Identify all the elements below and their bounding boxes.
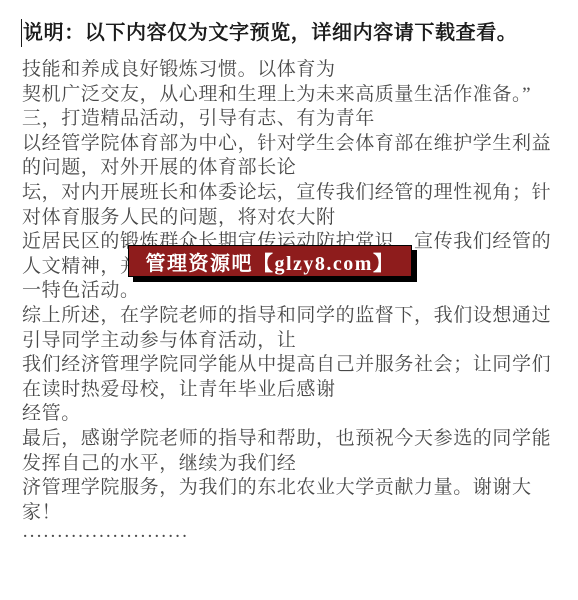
text-line: 的问题，对外开展的体育部长论 bbox=[22, 156, 567, 181]
text-line: 对体育服务人民的问题，将对农大附 bbox=[22, 206, 567, 231]
document-body: 技能和养成良好锻炼习惯。以体育为 契机广泛交友，从心理和生理上为未来高质量生活作… bbox=[22, 58, 567, 550]
text-line: 我们经济管理学院同学能从中提高自己并服务社会；让同学们 bbox=[22, 353, 567, 378]
text-caret bbox=[21, 19, 22, 47]
text-line: 引导同学主动参与体育活动，让 bbox=[22, 329, 567, 354]
text-line: 坛，对内开展班长和体委论坛，宣传我们经管的理性视角；针 bbox=[22, 181, 567, 206]
text-line: ························ bbox=[22, 525, 567, 550]
text-line: 三，打造精品活动，引导有志、有为青年 bbox=[22, 107, 567, 132]
text-line: 最后，感谢学院老师的指导和帮助，也预祝今天参选的同学能 bbox=[22, 427, 567, 452]
preview-notice: 说明：以下内容仅为文字预览，详细内容请下载查看。 bbox=[23, 16, 517, 45]
text-line: 家！ bbox=[22, 501, 567, 526]
watermark-badge: 管理资源吧【glzy8.com】 bbox=[128, 245, 412, 277]
text-line: 契机广泛交友，从心理和生理上为未来高质量生活作准备。” bbox=[22, 83, 567, 108]
watermark-text: 管理资源吧【glzy8.com】 bbox=[146, 247, 395, 276]
text-line: 技能和养成良好锻炼习惯。以体育为 bbox=[22, 58, 567, 83]
document-preview-page: 说明：以下内容仅为文字预览，详细内容请下载查看。 技能和养成良好锻炼习惯。以体育… bbox=[0, 0, 578, 600]
text-line: 济管理学院服务，为我们的东北农业大学贡献力量。谢谢大 bbox=[22, 476, 567, 501]
text-line: 以经管学院体育部为中心，针对学生会体育部在维护学生利益 bbox=[22, 132, 567, 157]
text-line: 经管。 bbox=[22, 402, 567, 427]
text-line: 综上所述，在学院老师的指导和同学的监督下，我们设想通过 bbox=[22, 304, 567, 329]
text-line: 一特色活动。 bbox=[22, 279, 567, 304]
text-line: 在读时热爱母校，让青年毕业后感谢 bbox=[22, 378, 567, 403]
text-line: 发挥自己的水平，继续为我们经 bbox=[22, 452, 567, 477]
